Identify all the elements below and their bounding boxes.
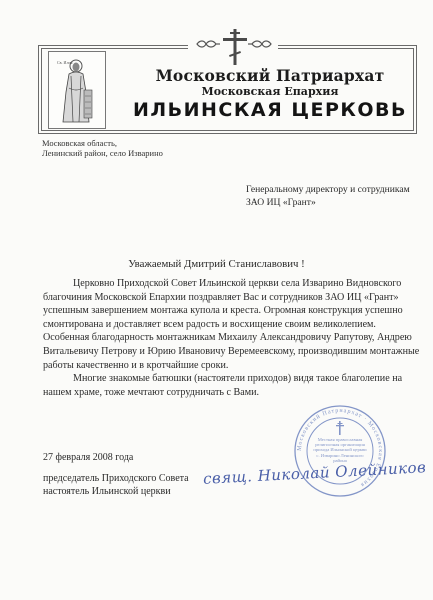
ornament-left-icon xyxy=(196,39,220,49)
recipient-block: Генеральному директору и сотрудникам ЗАО… xyxy=(246,183,410,209)
signatory-line1: председатель Приходского Совета xyxy=(43,472,189,485)
sender-address-line2: Ленинский район, село Изварино xyxy=(42,148,163,158)
orthodox-cross-icon xyxy=(220,28,250,66)
body-paragraph-2: Многие знакомые батюшки (настоятели прих… xyxy=(43,372,421,399)
stamp-center-text: Местная православная религиозная организ… xyxy=(312,437,368,463)
saint-icon-image: Св. Илия xyxy=(48,51,106,129)
letterhead-eparchy: Московская Епархия xyxy=(120,85,420,98)
recipient-line1: Генеральному директору и сотрудникам xyxy=(246,183,410,196)
letterhead-patriarchate: Московский Патриархат xyxy=(120,66,420,85)
ornament-right-icon xyxy=(248,39,272,49)
letter-date: 27 февраля 2008 года xyxy=(43,452,133,463)
body-paragraph-1: Церковно Приходской Совет Ильинской церк… xyxy=(43,277,421,372)
saint-figure-icon: Св. Илия xyxy=(49,52,105,128)
signatory-title: председатель Приходского Совета настояте… xyxy=(43,472,189,498)
sender-address: Московская область, Ленинский район, сел… xyxy=(42,138,163,158)
greeting: Уважаемый Дмитрий Станиславович ! xyxy=(0,258,433,270)
church-stamp: Московский Патриархат · Московская Епарх… xyxy=(292,404,388,498)
stamp-cross-icon xyxy=(336,421,344,435)
sender-address-line1: Московская область, xyxy=(42,138,163,148)
letterhead-church-name: ИЛЬИНСКАЯ ЦЕРКОВЬ xyxy=(120,99,420,121)
svg-text:Св. Илия: Св. Илия xyxy=(57,60,73,65)
signatory-line2: настоятель Ильинской церкви xyxy=(43,485,189,498)
letter-body: Церковно Приходской Совет Ильинской церк… xyxy=(43,277,421,399)
recipient-line2: ЗАО ИЦ «Грант» xyxy=(246,196,410,209)
